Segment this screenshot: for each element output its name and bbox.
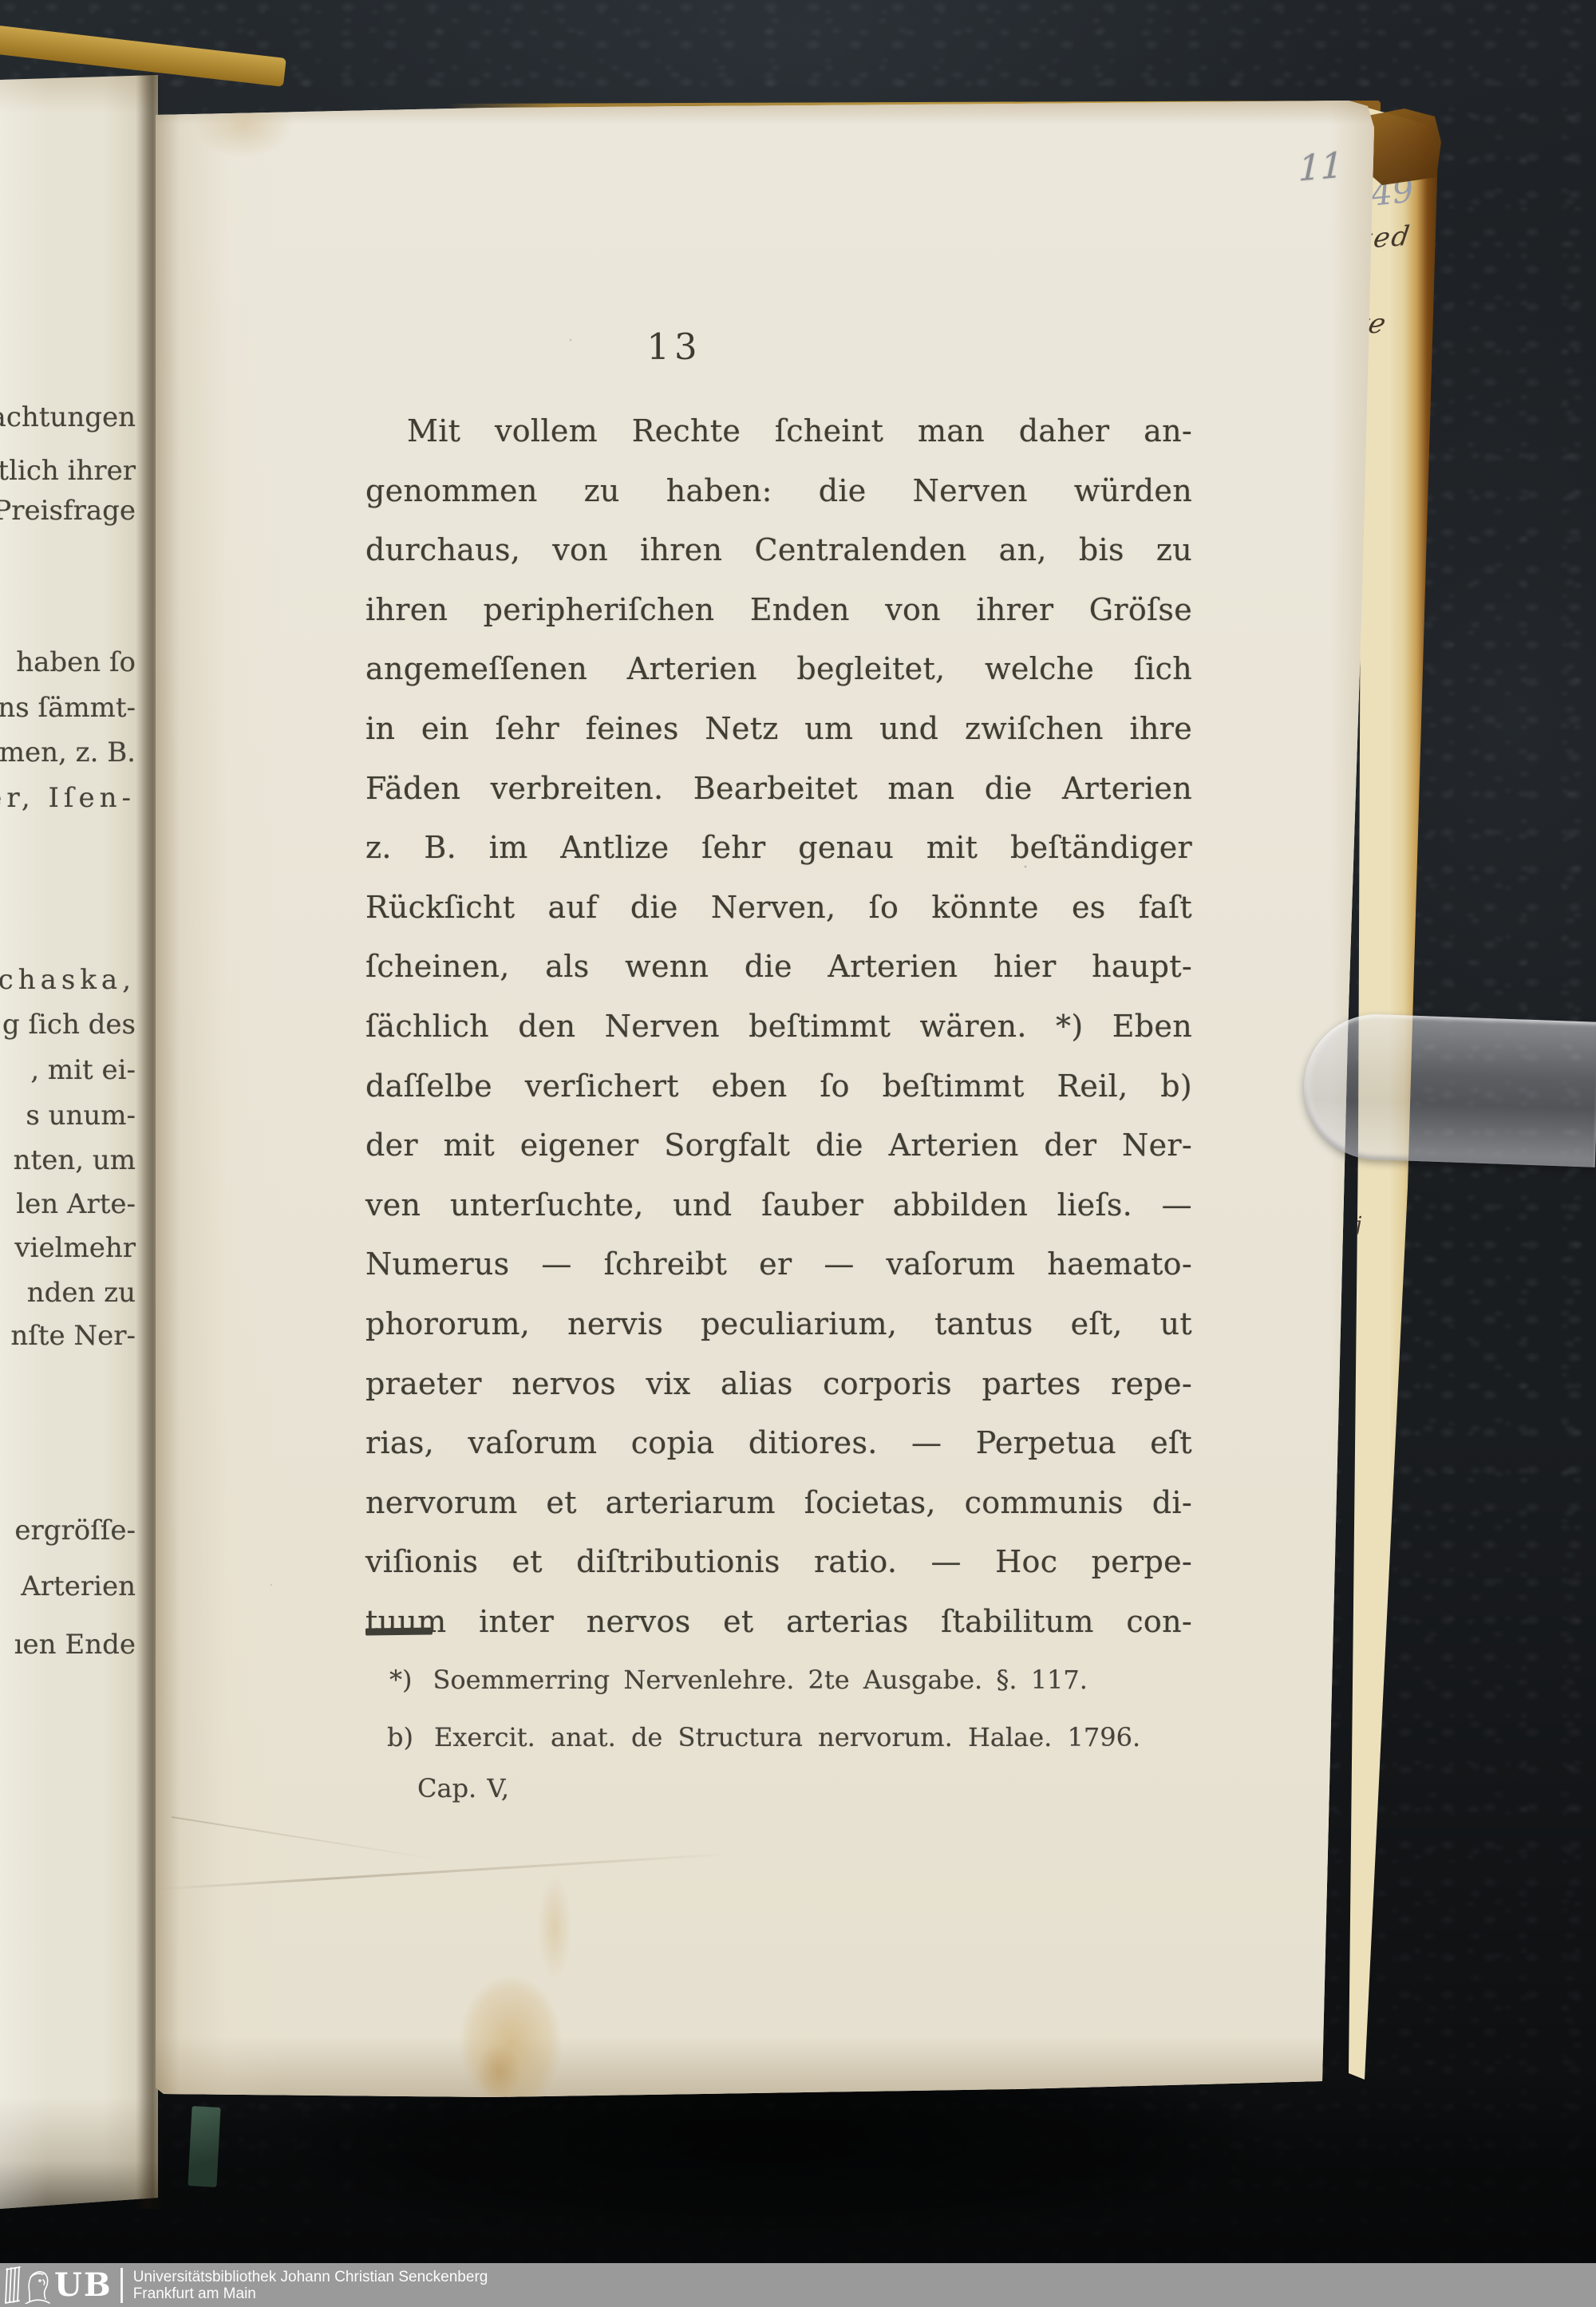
left-page-text-fragment: , mit ei- bbox=[30, 1054, 136, 1086]
library-name: Universitätsbibliothek Johann Christian … bbox=[133, 2269, 488, 2285]
right-page: 13 Mit vollem Rechte ſcheint man daher a… bbox=[156, 101, 1378, 2108]
left-page-text-fragment: nden zu bbox=[27, 1277, 136, 1309]
ub-logo-portrait-icon bbox=[24, 2267, 51, 2304]
left-page-text-fragment: achtungen bbox=[0, 401, 136, 433]
left-page-text-fragment: Arterien bbox=[21, 1570, 136, 1602]
ub-logo-text: UB bbox=[54, 2269, 113, 2301]
left-page-text-fragment: haben ſo bbox=[16, 646, 136, 678]
left-page-text-column: achtungenſichtlich ihrerer Preisfragehab… bbox=[0, 73, 158, 2209]
footnote-line: b)Exercit. anat. de Structura nervorum. … bbox=[387, 1722, 1140, 1752]
ub-logo-flag-icon bbox=[4, 2266, 22, 2305]
library-watermark-banner: UB Universitätsbibliothek Johann Christi… bbox=[0, 2263, 1596, 2307]
left-page-text-fragment: omen, z. B. bbox=[0, 737, 136, 768]
left-page-text-fragment: vielmehr bbox=[14, 1232, 136, 1264]
footnote-text: Exercit. anat. de Structura nervorum. Ha… bbox=[434, 1722, 1140, 1752]
footnote-text: Soemmerring Nervenlehre. 2te Ausgabe. §.… bbox=[433, 1665, 1087, 1695]
left-page-text-fragment: ns ſämmt- bbox=[0, 692, 136, 724]
footnote-line: *)Soemmerring Nervenlehre. 2te Ausgabe. … bbox=[389, 1665, 1088, 1695]
plastic-clip bbox=[1302, 1012, 1596, 1167]
scan-canvas: 49 ted te ij achtungenſichtlich ihrerer … bbox=[0, 0, 1596, 2307]
left-page-text-fragment: g ſich des bbox=[2, 1009, 136, 1041]
left-page-text-fragment: ergröſſe- bbox=[14, 1515, 136, 1547]
footnote-marker: *) bbox=[389, 1665, 412, 1695]
left-page-text-fragment: er, Iſen- bbox=[0, 782, 136, 814]
left-page: achtungenſichtlich ihrerer Preisfragehab… bbox=[0, 73, 158, 2209]
footnote-marker: b) bbox=[387, 1722, 413, 1752]
left-page-text-fragment: ſichtlich ihrer bbox=[0, 455, 136, 487]
left-page-text-fragment: nten, um bbox=[14, 1144, 136, 1176]
library-name-block: Universitätsbibliothek Johann Christian … bbox=[133, 2269, 488, 2302]
left-page-text-fragment: nſte Ner- bbox=[10, 1320, 136, 1352]
left-page-text-fragment: ochaska, bbox=[0, 964, 136, 996]
left-page-text-fragment: er Preisfrage bbox=[0, 495, 136, 527]
footnotes: *)Soemmerring Nervenlehre. 2te Ausgabe. … bbox=[156, 101, 1378, 2108]
left-page-text-fragment: len Arte- bbox=[16, 1188, 136, 1220]
left-page-text-fragment: ıen Ende bbox=[14, 1629, 136, 1661]
logo-divider bbox=[120, 2268, 123, 2303]
bookmark-ribbon bbox=[188, 2106, 220, 2187]
left-page-text-fragment: s unum- bbox=[26, 1100, 136, 1132]
footnote-text: Cap. V, bbox=[417, 1773, 509, 1803]
footnote-line: Cap. V, bbox=[417, 1773, 509, 1803]
handwritten-folio-number: 11 bbox=[1298, 144, 1344, 189]
library-city: Frankfurt am Main bbox=[133, 2285, 488, 2302]
